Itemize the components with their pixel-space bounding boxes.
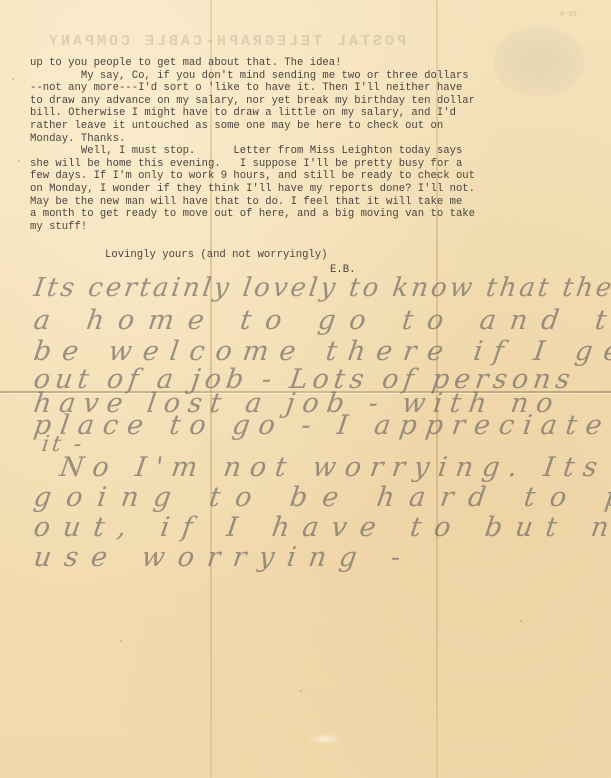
handwritten-line: be welcome there if I get (32, 336, 596, 367)
typed-letter-body: up to you people to get mad about that. … (30, 57, 590, 233)
paper-speck (18, 160, 20, 162)
typed-line: up to you people to get mad about that. … (30, 57, 590, 70)
closing-line: Lovingly yours (and not worryingly) (105, 249, 611, 261)
handwritten-line: going to be hard to pull (32, 482, 596, 513)
paper-speck (520, 620, 522, 622)
typed-line: my stuff! (30, 221, 590, 234)
typed-line: to draw any advance on my salary, nor ye… (30, 95, 590, 108)
typed-line: My say, Co, if you don't mind sending me… (30, 70, 590, 83)
letterhead-bleedthrough: POSTAL TELEGRAPH-CABLE COMPANY (36, 33, 406, 50)
letter-page: POSTAL TELEGRAPH-CABLE COMPANY 8-93 up t… (0, 0, 611, 778)
typed-line: Monday. Thanks. (30, 133, 590, 146)
typed-line: bill. Otherwise I might have to draw a l… (30, 107, 590, 120)
paper-speck (300, 690, 302, 692)
typed-line: --not any more---I'd sort o 'like to hav… (30, 82, 590, 95)
typed-line: rather leave it untouched as some one ma… (30, 120, 590, 133)
paper-emboss-mark (308, 734, 342, 744)
handwritten-line: Its certainly lovely to know that there'… (32, 273, 596, 303)
handwritten-line: No I'm not worrying. Its (58, 452, 611, 483)
handwritten-line: a home to go to and that I'll (32, 305, 596, 336)
handwritten-line: out, if I have to but no (32, 512, 596, 543)
typed-line: she will be home this evening. I suppose… (30, 158, 590, 171)
handwritten-line: use worrying - (32, 542, 596, 573)
paper-speck (12, 78, 14, 80)
typed-line: few days. If I'm only to work 9 hours, a… (30, 170, 590, 183)
typed-line: a month to get ready to move out of here… (30, 208, 590, 221)
typed-line: Well, I must stop. Letter from Miss Leig… (30, 145, 590, 158)
corner-form-number: 8-93 (560, 11, 577, 19)
typed-line: May be the new man will have that to do.… (30, 196, 590, 209)
paper-speck (120, 640, 122, 642)
typed-line: on Monday, I wonder if they think I'll h… (30, 183, 590, 196)
